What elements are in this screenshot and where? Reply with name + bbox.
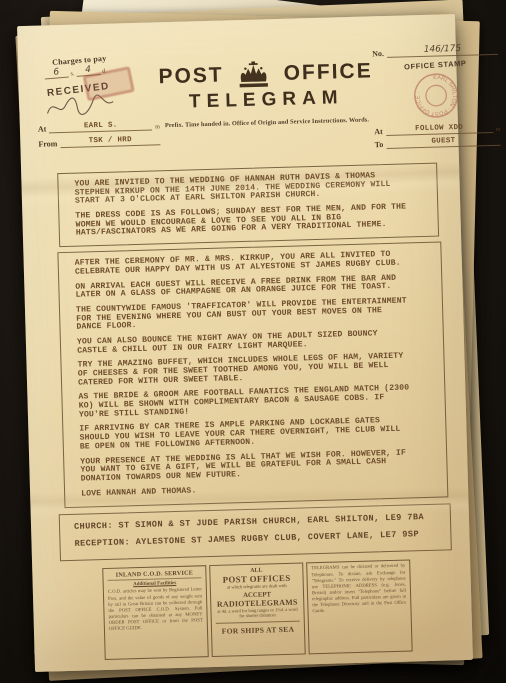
at-destination-field: At FOLLOW XDD m [374, 123, 500, 137]
office-stamp-mark: EARL SHILTON · POST OFFICE · [406, 66, 466, 126]
received-stamp-area: RECEIVED [47, 77, 159, 98]
at-label: At [38, 124, 47, 133]
header-left-column: Charges to pay 6 s. 4 d. RECEIVED At EAR… [36, 52, 161, 165]
serial-number-value: 146/175 [387, 43, 499, 58]
church-address-line: CHURCH: ST SIMON & ST JUDE PARISH CHURCH… [74, 513, 442, 532]
message-paragraph: AS THE BRIDE & GROOM ARE FOOTBALL FANATI… [78, 385, 413, 420]
title-office: OFFICE [283, 59, 373, 85]
message-paragraph: IF ARRIVING BY CAR THERE IS AMPLE PARKIN… [79, 417, 414, 452]
invitation-message-box: YOU ARE INVITED TO THE WEDDING OF HANNAH… [57, 163, 439, 248]
from-label: From [38, 139, 57, 149]
crown-icon [233, 59, 274, 90]
reception-address-line: RECEPTION: AYLESTONE ST JAMES RUGBY CLUB… [74, 530, 442, 549]
prefix-instructions-line: Prefix. Time handed in. Office of Origin… [160, 116, 374, 129]
telephone-dictation-body: TELEGRAMS can be dictated or delivered b… [311, 564, 406, 615]
radio-line-at-which: at which telegrams are dealt with [215, 583, 299, 591]
radiotelegrams-box: ALL POST OFFICES at which telegrams are … [209, 563, 306, 658]
telegram-header: Charges to pay 6 s. 4 d. RECEIVED At EAR… [17, 14, 459, 166]
header-right-column: No. 146/175 OFFICE STAMP EARL SHILTON · … [372, 43, 501, 156]
radio-line-ships: FOR SHIPS AT SEA [216, 620, 300, 635]
from-field: From TSK / HRD [38, 135, 160, 148]
charges-shillings-value: 6 [44, 68, 69, 80]
message-paragraph: YOUR PRESENCE AT THE WEDDING IS ALL THAT… [80, 449, 415, 484]
stamp-ring-text: EARL SHILTON · POST OFFICE · [412, 72, 460, 120]
cod-service-body: C.O.D. articles may be sent by Registere… [108, 588, 203, 633]
photo-scene: Charges to pay 6 s. 4 d. RECEIVED At EAR… [0, 0, 506, 683]
message-paragraph: THE COUNTYWIDE FAMOUS 'TRAFFICATOR' WILL… [76, 297, 411, 332]
message-paragraph: AFTER THE CEREMONY OF MR. & MRS. KIRKUP,… [75, 251, 409, 278]
message-paragraph: YOU CAN ALSO BOUNCE THE NIGHT AWAY ON TH… [77, 329, 411, 356]
header-center-column: POST OFFICE TELEGRAM Prefix. Time handed… [158, 46, 375, 162]
cod-service-title: INLAND C.O.D. SERVICE [107, 570, 201, 582]
at-destination-value: FOLLOW XDD [386, 123, 493, 136]
message-paragraph: TRY THE AMAZING BUFFET, WHICH INCLUDES W… [77, 353, 412, 388]
title-post: POST [158, 63, 224, 89]
at-origin-field: At EARL S. m [38, 120, 160, 133]
minute-suffix: m [496, 127, 501, 133]
message-paragraph: ON ARRIVAL EACH GUEST WILL RECEIVE A FRE… [75, 274, 409, 301]
serial-number-field: No. 146/175 [372, 43, 498, 59]
no-label: No. [372, 49, 384, 58]
cod-service-box: INLAND C.O.D. SERVICE Additional Facilit… [102, 566, 209, 661]
svg-text:EARL SHILTON · POST OFFICE ·: EARL SHILTON · POST OFFICE · [412, 72, 460, 120]
at-label: At [374, 127, 383, 136]
message-paragraph: YOU ARE INVITED TO THE WEDDING OF HANNAH… [74, 171, 407, 206]
message-paragraph: LOVE HANNAH AND THOMAS. [81, 481, 415, 499]
title-telegram: TELEGRAM [159, 86, 374, 114]
radio-line-rates: at 4d. a word for long ranges or 1½d. a … [215, 606, 299, 619]
shillings-unit-label: s. [70, 71, 74, 77]
to-field: To GUEST [375, 136, 501, 150]
addresses-box: CHURCH: ST SIMON & ST JUDE PARISH CHURCH… [59, 504, 452, 562]
details-message-box: AFTER THE CEREMONY OF MR. & MRS. KIRKUP,… [57, 242, 448, 509]
message-paragraph: THE DRESS CODE IS AS FOLLOWS; SUNDAY BES… [75, 203, 408, 238]
to-label: To [375, 140, 384, 149]
from-value: TSK / HRD [60, 135, 160, 148]
to-value: GUEST [386, 136, 501, 149]
telegram-form: Charges to pay 6 s. 4 d. RECEIVED At EAR… [17, 14, 473, 672]
at-origin-value: EARL S. [49, 121, 152, 134]
telephone-dictation-box: TELEGRAMS can be dictated or delivered b… [306, 560, 413, 655]
small-print-footer: INLAND C.O.D. SERVICE Additional Facilit… [102, 559, 428, 660]
